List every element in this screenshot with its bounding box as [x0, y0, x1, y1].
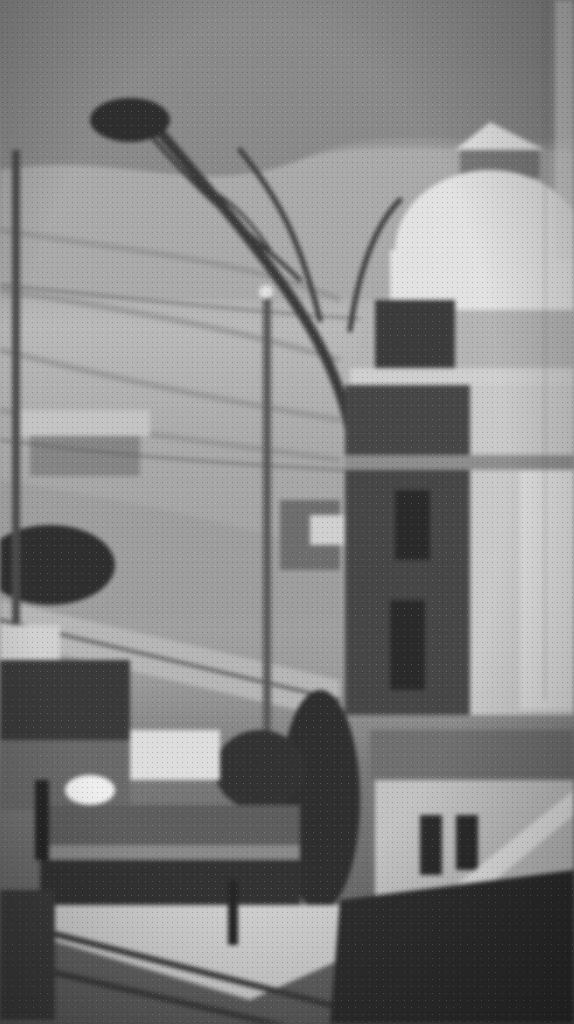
tower-window [395, 490, 430, 560]
tower-window [390, 600, 425, 690]
photo-scene [0, 0, 574, 1024]
station-shed [40, 805, 300, 845]
figure [228, 880, 238, 945]
utility-pole [263, 290, 271, 740]
depot-building [0, 660, 130, 740]
utility-pole [12, 150, 20, 630]
photograph [0, 0, 574, 1024]
figure [35, 780, 49, 860]
distant-shed [20, 410, 150, 436]
